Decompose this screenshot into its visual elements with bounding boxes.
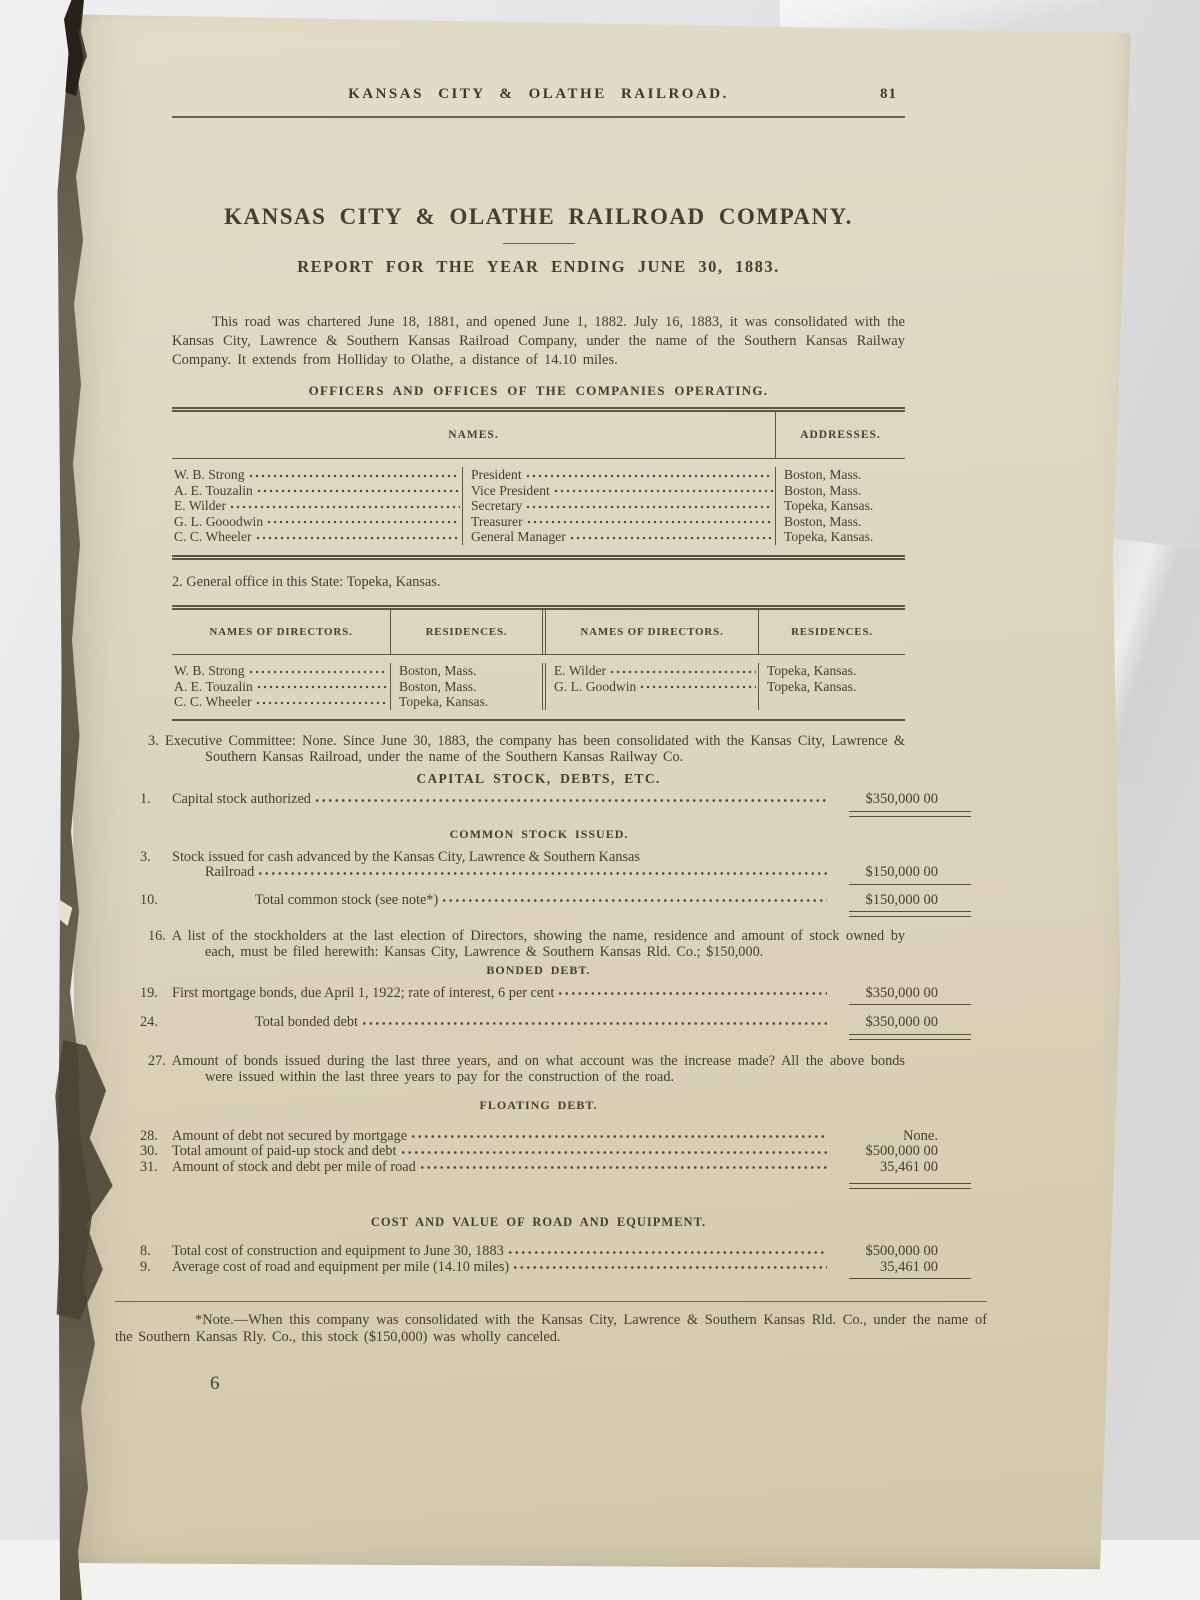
director-residence: Boston, Mass.: [390, 663, 542, 679]
stockholders-paragraph: 16. A list of the stockholders at the la…: [172, 929, 905, 961]
leader-dots: [255, 532, 460, 544]
table-row: G. L. Gooodwin Treasurer Boston, Mass.: [172, 514, 905, 530]
leader-dots: [419, 1161, 827, 1174]
finance-items: 28. Amount of debt not secured by mortga…: [140, 1129, 938, 1190]
leader-dots: [525, 470, 773, 482]
leader-dots: [255, 697, 388, 709]
leader-dots: [248, 470, 461, 482]
director-name: W. B. Strong: [174, 663, 245, 679]
column-header-directors: NAMES OF DIRECTORS.: [172, 626, 390, 638]
officer-name: E. Wilder: [174, 498, 226, 514]
officer-name: G. L. Gooodwin: [174, 514, 263, 530]
cost-value-heading: COST AND VALUE OF ROAD AND EQUIPMENT.: [172, 1215, 905, 1230]
officer-address: Boston, Mass.: [775, 483, 905, 499]
amount: $150,000 00: [830, 865, 938, 881]
item-number: 28.: [140, 1129, 172, 1145]
column-header-directors: NAMES OF DIRECTORS.: [542, 610, 758, 654]
leader-dots: [557, 987, 827, 1000]
amount-rule: [849, 1278, 971, 1279]
column-header-names: NAMES.: [172, 429, 775, 441]
director-name: C. C. Wheeler: [174, 694, 252, 710]
director-residence: Boston, Mass.: [390, 679, 542, 695]
officer-name: A. E. Touzalin: [174, 483, 253, 499]
item-number: 9.: [140, 1260, 172, 1276]
footnote-rule: [115, 1301, 987, 1302]
finance-line-item: 8. Total cost of construction and equipm…: [140, 1244, 938, 1260]
finance-line-item: 24. Total bonded debt $350,000 00: [140, 1015, 938, 1031]
amount: 35,461 00: [830, 1160, 938, 1176]
director-name: G. L. Goodwin: [554, 679, 636, 695]
director-residence: Topeka, Kansas.: [390, 694, 542, 710]
finance-line-item: 28. Amount of debt not secured by mortga…: [140, 1129, 938, 1145]
finance-line-item: 3. Stock issued for cash advanced by the…: [140, 850, 938, 866]
officers-table: NAMES. ADDRESSES. W. B. Strong President…: [172, 407, 905, 560]
document-page: KANSAS CITY & OLATHE RAILROAD. 81 KANSAS…: [66, 8, 1132, 1574]
finance-line-item: 1. Capital stock authorized $350,000 00: [140, 792, 938, 808]
footnote: *Note.—When this company was consolidate…: [115, 1312, 987, 1345]
directors-table-header: NAMES OF DIRECTORS. RESIDENCES. NAMES OF…: [172, 610, 905, 655]
officer-address: Boston, Mass.: [775, 467, 905, 483]
capital-stock-heading: CAPITAL STOCK, DEBTS, ETC.: [172, 771, 905, 787]
running-header-title: KANSAS CITY & OLATHE RAILROAD.: [348, 86, 729, 102]
signature-mark: 6: [210, 1373, 905, 1395]
officer-title: General Manager: [471, 529, 566, 545]
bonded-debt-heading: BONDED DEBT.: [172, 963, 905, 978]
finance-line-item: 19. First mortgage bonds, due April 1, 1…: [140, 986, 938, 1002]
leader-dots: [553, 485, 773, 497]
item-number: 8.: [140, 1244, 172, 1260]
amount-rule: [849, 1183, 971, 1189]
amount-rule: [849, 811, 971, 817]
item-number: 16.: [148, 928, 166, 944]
amount-rule: [849, 911, 971, 917]
officers-table-body: W. B. Strong President Boston, Mass. A. …: [172, 459, 905, 555]
item-number: 3.: [148, 733, 159, 749]
item-number: 1.: [140, 792, 172, 808]
leader-dots: [410, 1130, 827, 1143]
director-name: E. Wilder: [554, 663, 606, 679]
table-row: A. E. Touzalin Vice President Boston, Ma…: [172, 483, 905, 499]
leader-dots: [400, 1146, 827, 1159]
director-residence: Topeka, Kansas.: [758, 679, 905, 695]
leader-dots: [569, 532, 773, 544]
document-title: KANSAS CITY & OLATHE RAILROAD COMPANY.: [172, 204, 905, 230]
directors-table: NAMES OF DIRECTORS. RESIDENCES. NAMES OF…: [172, 605, 905, 721]
officer-name: W. B. Strong: [174, 467, 245, 483]
director-residence: Topeka, Kansas.: [758, 663, 905, 679]
page-content: KANSAS CITY & OLATHE RAILROAD. 81 KANSAS…: [172, 8, 905, 1395]
finance-line-item: 9. Average cost of road and equipment pe…: [140, 1260, 938, 1276]
table-row: W. B. Strong Boston, Mass. E. Wilder Top…: [172, 663, 905, 679]
amount: $350,000 00: [830, 1015, 938, 1031]
finance-items: 19. First mortgage bonds, due April 1, 1…: [140, 986, 938, 1040]
column-header-addresses: ADDRESSES.: [775, 412, 905, 458]
floating-debt-heading: FLOATING DEBT.: [172, 1098, 905, 1113]
officers-section-heading: OFFICERS AND OFFICES OF THE COMPANIES OP…: [172, 383, 905, 399]
table-row: W. B. Strong President Boston, Mass.: [172, 467, 905, 483]
amount: $350,000 00: [830, 986, 938, 1002]
title-rule: [503, 243, 575, 244]
finance-items: 8. Total cost of construction and equipm…: [140, 1244, 938, 1279]
leader-dots: [257, 867, 827, 880]
amount-rule: [849, 1034, 971, 1040]
table-row: A. E. Touzalin Boston, Mass. G. L. Goodw…: [172, 679, 905, 695]
table-row: C. C. Wheeler Topeka, Kansas.: [172, 694, 905, 710]
document-subtitle: REPORT FOR THE YEAR ENDING JUNE 30, 1883…: [172, 257, 905, 277]
finance-line-item: 30. Total amount of paid-up stock and de…: [140, 1144, 938, 1160]
item-number: 19.: [140, 986, 172, 1002]
leader-dots: [361, 1017, 827, 1030]
leader-dots: [507, 1246, 827, 1259]
leader-dots: [256, 485, 460, 497]
leader-dots: [229, 501, 460, 513]
officer-name: C. C. Wheeler: [174, 529, 252, 545]
officer-title: President: [471, 467, 522, 483]
leader-dots: [512, 1261, 827, 1274]
director-residence: [758, 694, 905, 710]
finance-line-item: Railroad $150,000 00: [140, 865, 938, 881]
officer-address: Topeka, Kansas.: [775, 498, 905, 514]
amount-rule: [849, 884, 971, 885]
leader-dots: [639, 681, 756, 693]
bonds-issued-paragraph: 27. Amount of bonds issued during the la…: [172, 1054, 905, 1086]
amount: 35,461 00: [830, 1260, 938, 1276]
amount: $350,000 00: [830, 792, 938, 808]
table-row: C. C. Wheeler General Manager Topeka, Ka…: [172, 529, 905, 545]
intro-paragraph: This road was chartered June 18, 1881, a…: [172, 313, 905, 370]
column-header-residences: RESIDENCES.: [758, 610, 905, 654]
officers-table-header: NAMES. ADDRESSES.: [172, 412, 905, 459]
director-name: A. E. Touzalin: [174, 679, 253, 695]
common-stock-heading: COMMON STOCK ISSUED.: [140, 827, 938, 842]
directors-table-body: W. B. Strong Boston, Mass. E. Wilder Top…: [172, 655, 905, 719]
leader-dots: [314, 794, 827, 807]
amount: $500,000 00: [830, 1244, 938, 1260]
officer-address: Topeka, Kansas.: [775, 529, 905, 545]
leader-dots: [525, 501, 773, 513]
item-number: 10.: [140, 893, 172, 909]
item-number: 30.: [140, 1144, 172, 1160]
item-number: 24.: [140, 1015, 172, 1031]
running-header: KANSAS CITY & OLATHE RAILROAD. 81: [172, 86, 905, 104]
finance-items: 1. Capital stock authorized $350,000 00 …: [140, 792, 938, 917]
page-number: 81: [880, 86, 897, 103]
leader-dots: [266, 516, 460, 528]
executive-committee-paragraph: 3. Executive Committee: None. Since June…: [172, 734, 905, 766]
amount: $500,000 00: [830, 1144, 938, 1160]
finance-line-item: 31. Amount of stock and debt per mile of…: [140, 1160, 938, 1176]
officer-title: Treasurer: [471, 514, 523, 530]
general-office-line: 2. General office in this State: Topeka,…: [172, 574, 905, 591]
column-header-residences: RESIDENCES.: [390, 610, 542, 654]
item-number: 3.: [140, 850, 172, 866]
item-number: 31.: [140, 1160, 172, 1176]
amount-rule: [849, 1004, 971, 1005]
officer-title: Vice President: [471, 483, 550, 499]
leader-dots: [441, 894, 827, 907]
amount: None.: [830, 1129, 938, 1145]
leader-dots: [256, 681, 388, 693]
header-rule: [172, 116, 905, 118]
leader-dots: [609, 666, 756, 678]
officer-address: Boston, Mass.: [775, 514, 905, 530]
finance-line-item: 10. Total common stock (see note*) $150,…: [140, 893, 938, 909]
leader-dots: [248, 666, 389, 678]
item-number: 27.: [148, 1053, 166, 1069]
table-row: E. Wilder Secretary Topeka, Kansas.: [172, 498, 905, 514]
amount: $150,000 00: [830, 893, 938, 909]
leader-dots: [526, 516, 773, 528]
officer-title: Secretary: [471, 498, 522, 514]
